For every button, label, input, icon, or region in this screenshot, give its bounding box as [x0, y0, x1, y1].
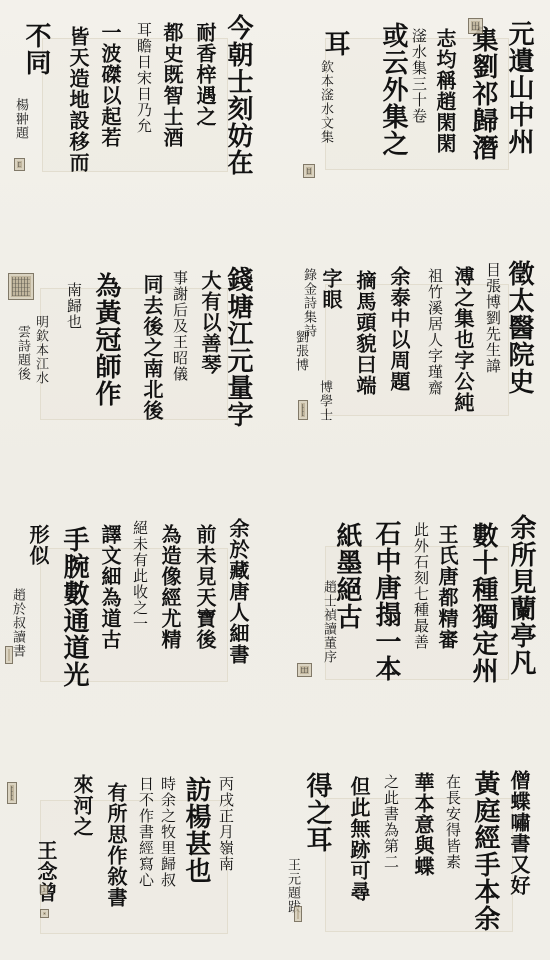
seal-stamp — [8, 273, 34, 300]
signature: 楊翀題 — [11, 98, 30, 140]
text-column: 不同 — [18, 22, 55, 76]
text-column: 有所思作敘書 — [102, 782, 131, 908]
text-column: 錢塘江元量字 — [220, 266, 257, 428]
text-column: 滏水集三十卷 — [409, 28, 430, 124]
text-column: 石中唐搨一本 — [368, 520, 405, 682]
text-column: 華本意與蝶 — [409, 772, 438, 877]
signature: 雲詩題後 — [13, 325, 32, 381]
text-column: 來河之 — [68, 774, 97, 837]
text-column: 數十種獨定州 — [465, 522, 502, 684]
panel-row4-right: 僧蝶嘯書又好 黃庭經手本余 在長安得皆素 華本意與蝶 之此書為第二 但此無跡可尋… — [275, 720, 550, 960]
signature: 欽本滏水文集 — [316, 60, 335, 144]
signature: 劉張博 — [291, 330, 310, 372]
text-column: 皆天造地設移而 — [64, 26, 93, 173]
text-column: 手腕數通道光 — [56, 526, 93, 688]
panel-row2-left: 錢塘江元量字 大有以善琴 事謝后及王昭儀 同去後之南北後 為黃冠師作 南歸也 明… — [0, 240, 275, 480]
text-column: 志均稱趙閑閑 — [431, 28, 460, 154]
text-column: 徵太醫院史 — [501, 260, 538, 395]
text-column: 此外石刻七種最善 — [411, 522, 432, 650]
signature: 博學士 — [315, 380, 334, 422]
text-column: 前未見天寶後 — [191, 524, 220, 650]
text-column: 時余之牧里歸叔 — [158, 776, 179, 888]
seal-stamp — [294, 906, 302, 922]
text-column: 為黃冠師作 — [88, 272, 125, 407]
text-column: 日不作書經寫心 — [136, 776, 157, 888]
text-column: 今朝士刻妨在 — [220, 14, 257, 176]
text-column: 事謝后及王昭儀 — [170, 270, 191, 382]
text-column: 南歸也 — [64, 282, 85, 330]
text-column: 僧蝶嘯書又好 — [505, 770, 534, 896]
text-column: 得之耳 — [299, 772, 336, 853]
text-column: 譯文細為道古 — [96, 524, 125, 650]
text-column: 余於藏唐人細書 — [224, 518, 253, 665]
text-column: 耳瞻日宋日乃允 — [134, 22, 155, 134]
seal-stamp — [303, 164, 315, 178]
text-column: 摘馬頭貌曰端 — [351, 270, 380, 396]
panel-row3-left: 余於藏唐人細書 前未見天寶後 為造像經尤精 絕未有此收之一 譯文細為道古 手腕數… — [0, 480, 275, 720]
text-column: 但此無跡可尋 — [345, 776, 374, 902]
seal-stamp — [14, 158, 25, 171]
signature: 錄金詩集詩 — [299, 268, 318, 338]
seal-stamp — [297, 663, 312, 677]
text-column: 在長安得皆素 — [443, 774, 464, 870]
text-column: 余所見蘭亭凡 — [503, 514, 540, 676]
seal-stamp — [298, 400, 308, 420]
seal-stamp — [40, 909, 49, 918]
text-column: 同去後之南北後 — [138, 274, 167, 421]
panel-row4-left: 丙戌正月嶺南 訪楊甚也 時余之牧里歸叔 日不作書經寫心 有所思作敘書 來河之 王… — [0, 720, 275, 960]
text-column: 目張博劉先生諱 — [483, 262, 504, 374]
signature: 明欽本江水 — [31, 315, 50, 385]
text-column: 溥之集也字公純 — [449, 266, 478, 413]
panel-row1-right: 元遺山中州 集劉祁歸潛 志均稱趙閑閑 滏水集三十卷 或云外集之 耳 欽本滏水文集 — [275, 0, 550, 240]
text-column: 耐香梓遇之 — [191, 22, 220, 127]
text-column: 黃庭經手本余 — [467, 770, 504, 932]
seal-stamp — [468, 18, 483, 34]
text-column: 為造像經尤精 — [156, 524, 185, 650]
text-column: 字眼 — [317, 268, 346, 310]
panel-row2-right: 徵太醫院史 目張博劉先生諱 溥之集也字公純 祖竹溪居人字瑾齋 余泰中以周題 摘馬… — [275, 240, 550, 480]
text-column: 形似 — [24, 524, 53, 566]
seal-stamp — [7, 782, 17, 804]
panel-row3-right: 余所見蘭亭凡 數十種獨定州 王氏唐都精審 此外石刻七種最善 石中唐搨一本 紙墨絕… — [275, 480, 550, 720]
text-column: 元遺山中州 — [501, 20, 538, 155]
text-column: 都史既智士酒 — [158, 22, 187, 148]
text-column: 之此書為第二 — [381, 774, 402, 870]
calligraphy-sheet: 元遺山中州 集劉祁歸潛 志均稱趙閑閑 滏水集三十卷 或云外集之 耳 欽本滏水文集… — [0, 0, 550, 960]
text-column: 絕未有此收之一 — [130, 520, 151, 632]
text-column: 丙戌正月嶺南 — [216, 776, 237, 872]
text-column: 王氏唐都精審 — [433, 524, 462, 650]
text-column: 余泰中以周題 — [385, 266, 414, 392]
panel-row1-left: 今朝士刻妨在 耐香梓遇之 都史既智士酒 耳瞻日宋日乃允 一波磔以起若 皆天造地設… — [0, 0, 275, 240]
text-column: 或云外集之 — [375, 22, 412, 157]
text-column: 集劉祁歸潛 — [465, 26, 502, 161]
signature: 趙士禎讀董序 — [319, 580, 338, 664]
seal-stamp — [5, 646, 13, 664]
text-column: 大有以善琴 — [196, 270, 225, 375]
seal-stamp — [40, 885, 48, 895]
text-column: 一波磔以起若 — [96, 22, 125, 148]
text-column: 訪楊甚也 — [178, 776, 215, 884]
text-column: 祖竹溪居人字瑾齋 — [425, 268, 446, 396]
